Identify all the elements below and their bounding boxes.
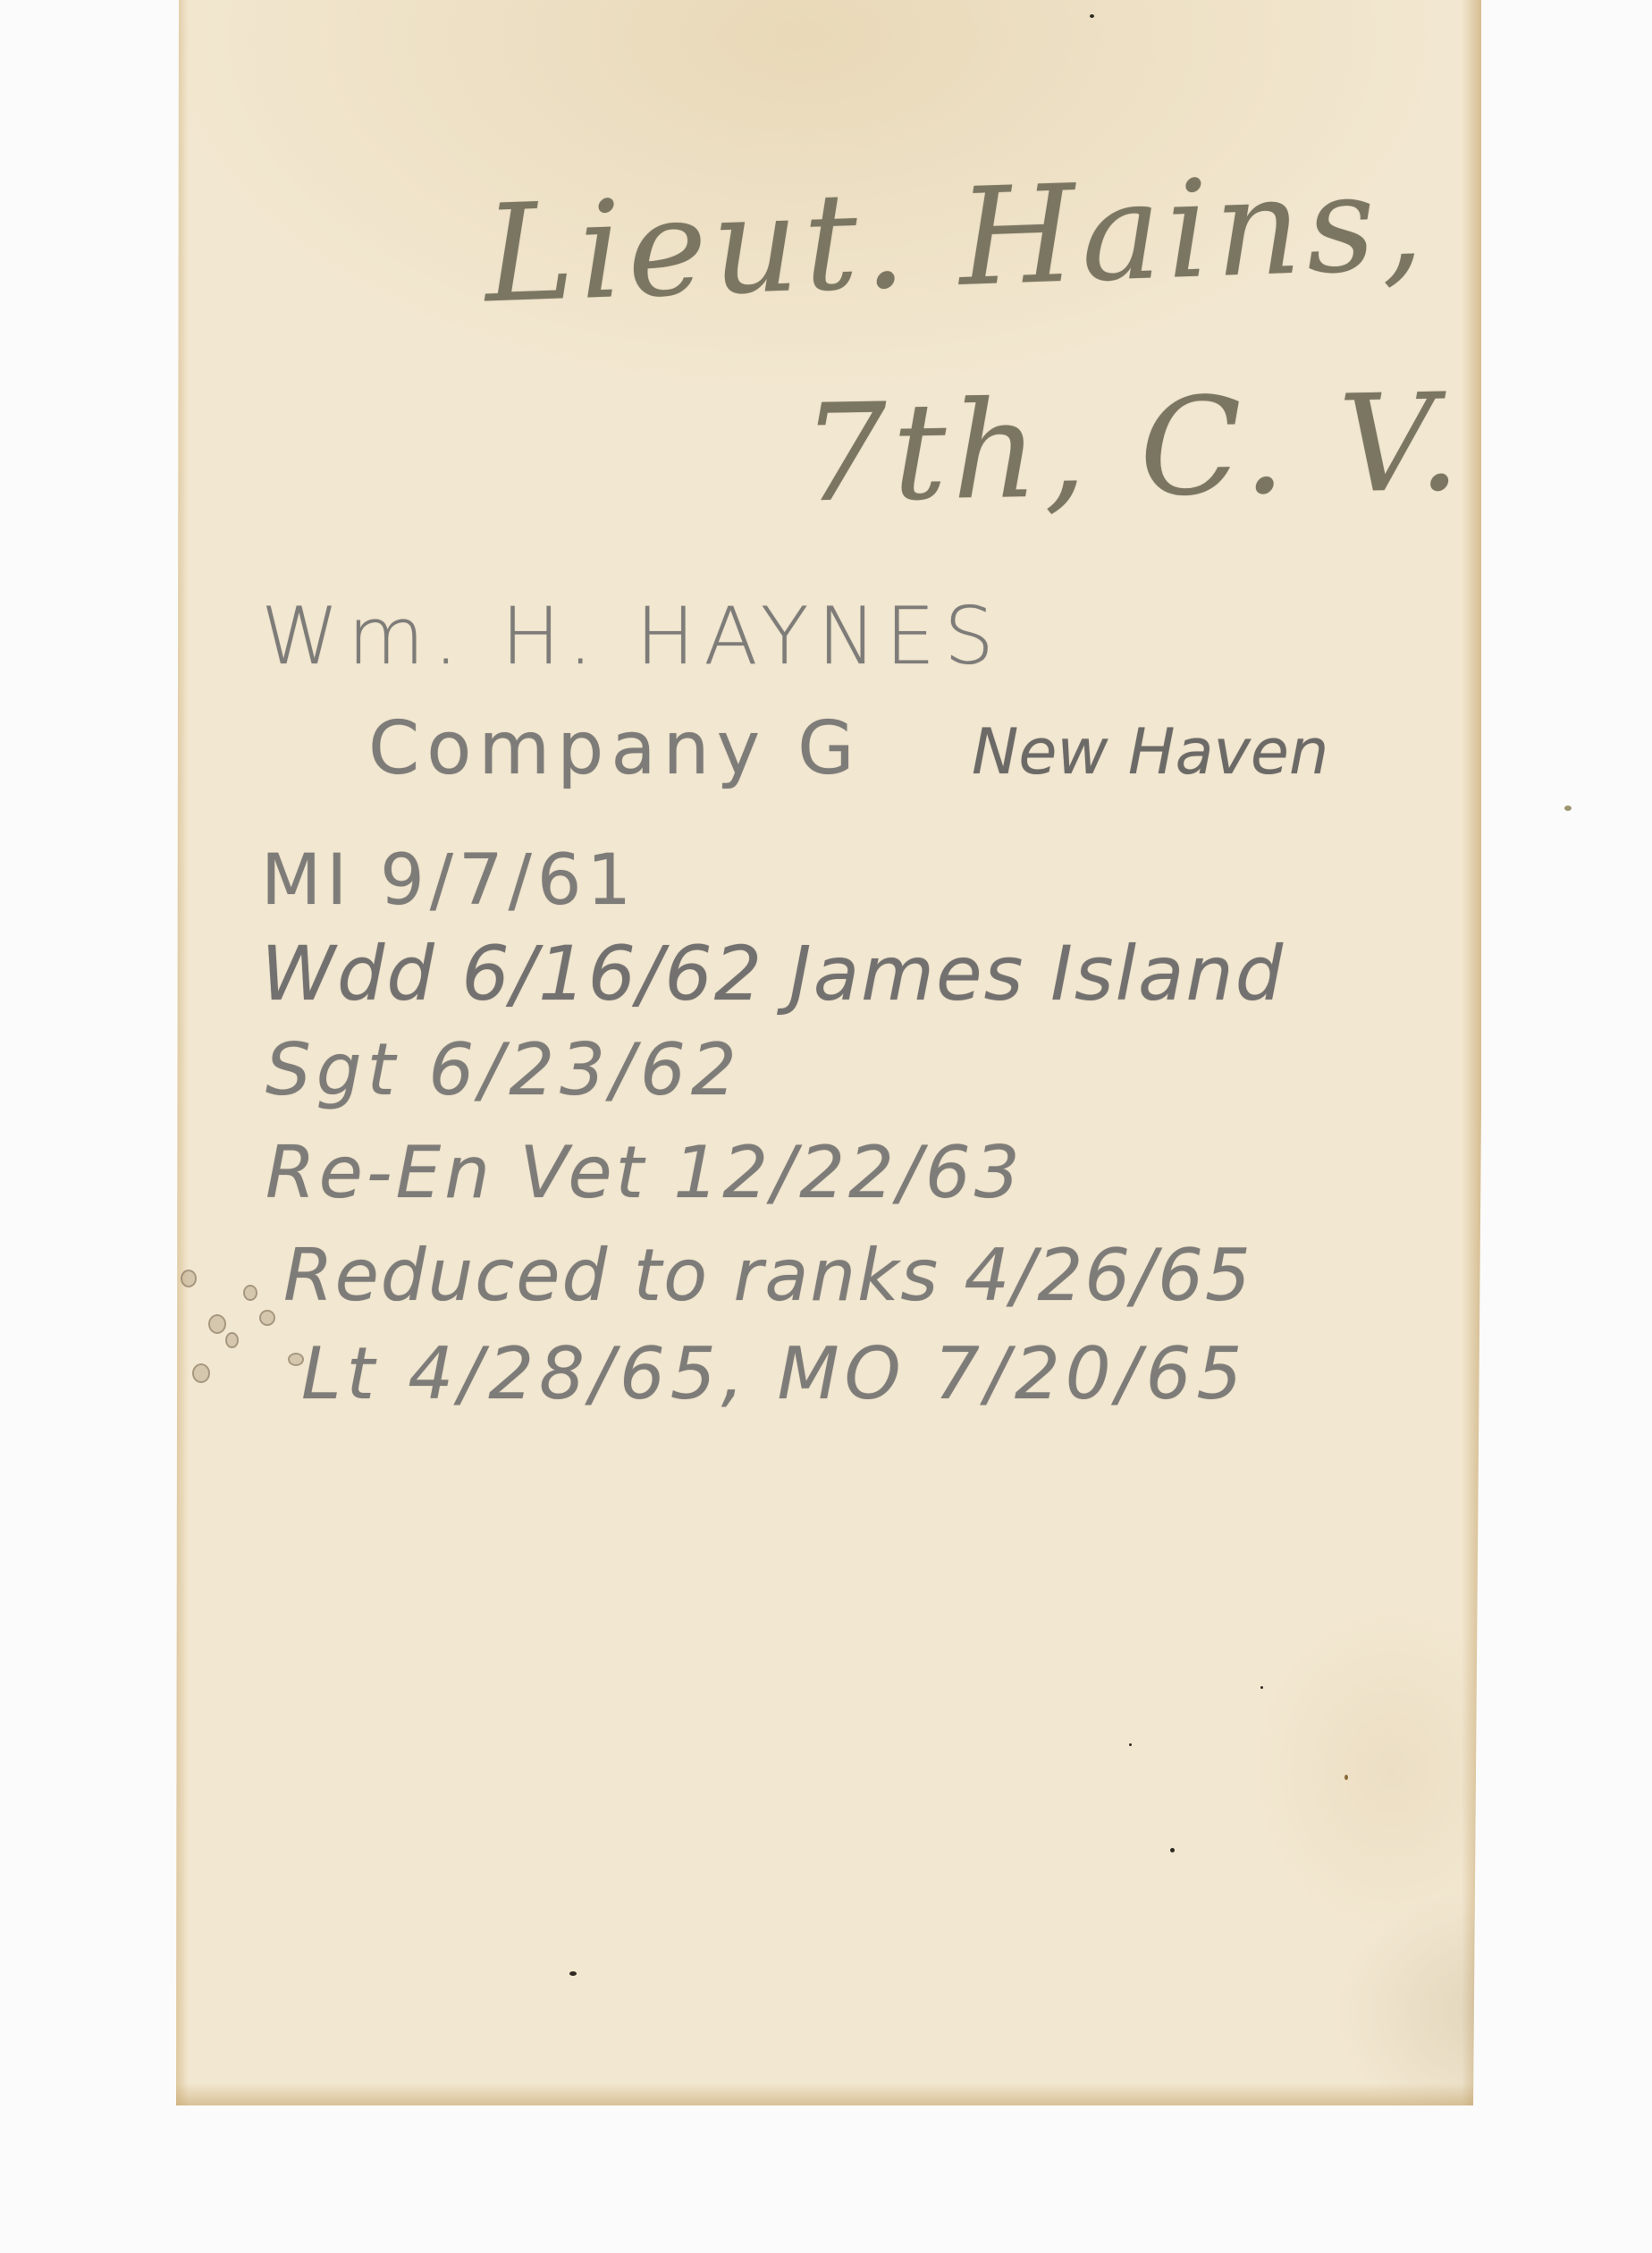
stain-mark (259, 1310, 275, 1326)
stain-mark (208, 1314, 226, 1334)
ink-title-line: Lieut. Hains, (482, 145, 1431, 333)
company-label: Company G (368, 706, 862, 791)
ink-regiment-line: 7th, C. V. (801, 366, 1467, 533)
photo-card-back: Lieut. Hains, 7th, C. V. Wm. H. HAYNES C… (176, 0, 1481, 2105)
stain-mark (288, 1353, 304, 1366)
re-enlisted-entry: Re-En Vet 12/22/63 (265, 1131, 1024, 1214)
speck (569, 1971, 577, 1976)
lieutenant-entry: Lt 4/28/65, MO 7/20/65 (301, 1332, 1247, 1415)
muster-in-entry: MI 9/7/61 (261, 840, 636, 921)
stain-mark (192, 1363, 210, 1383)
stain-mark (181, 1270, 197, 1287)
background-speck (1564, 806, 1572, 811)
speck (1344, 1775, 1348, 1780)
speck (1090, 14, 1094, 18)
speck (1129, 1743, 1132, 1746)
speck (1260, 1686, 1263, 1689)
stain-mark (243, 1285, 257, 1301)
stain-mark (225, 1332, 239, 1348)
hometown-label: New Haven (972, 715, 1328, 789)
speck (1170, 1848, 1175, 1852)
wounded-entry: Wdd 6/16/62 James Island (261, 930, 1285, 1017)
sergeant-entry: Sgt 6/23/62 (265, 1028, 742, 1111)
reduced-entry: Reduced to ranks 4/26/65 (283, 1234, 1252, 1317)
soldier-name: Wm. H. HAYNES (261, 590, 1003, 682)
